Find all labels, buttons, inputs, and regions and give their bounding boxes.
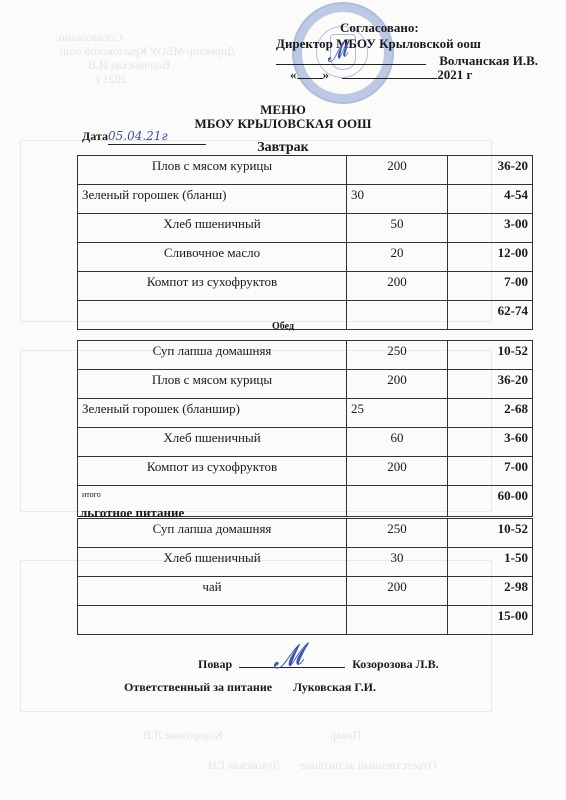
dish-name: Компот из сухофруктов [78, 457, 347, 486]
table-row: Плов с мясом курицы20036-20 [78, 370, 533, 399]
dish-name: Плов с мясом курицы [78, 156, 347, 185]
dish-name: Зеленый горошек (бланшир) [78, 399, 347, 428]
approval-date-line: «» 2021 г [290, 66, 472, 83]
table-row: чай2002-98 [78, 577, 533, 606]
table-row: Хлеб пшеничный301-50 [78, 548, 533, 577]
dish-weight: 200 [347, 370, 448, 399]
table-row: Суп лапша домашняя25010-52 [78, 341, 533, 370]
dish-weight: 50 [347, 214, 448, 243]
dish-weight: 200 [347, 156, 448, 185]
breakfast-title: Завтрак [0, 140, 566, 156]
dish-price: 36-20 [448, 370, 533, 399]
table-row: Компот из сухофруктов2007-00 [78, 457, 533, 486]
table-row: 15-00 [78, 606, 533, 635]
dish-weight: 200 [347, 272, 448, 301]
dish-name [78, 606, 347, 635]
table-row: Суп лапша домашняя25010-52 [78, 519, 533, 548]
dish-name: Хлеб пшеничный [78, 548, 347, 577]
dish-price: 7-00 [448, 457, 533, 486]
month-blank [342, 66, 437, 79]
dish-price: 10-52 [448, 341, 533, 370]
dish-price: 2-68 [448, 399, 533, 428]
dish-weight: 250 [347, 341, 448, 370]
quote-close: » [323, 67, 330, 82]
dish-weight: 200 [347, 577, 448, 606]
dish-price: 3-00 [448, 214, 533, 243]
table-row: Хлеб пшеничный503-00 [78, 214, 533, 243]
approval-heading: Согласовано: [340, 20, 419, 36]
lunch-title: Обед [0, 321, 566, 332]
dish-weight: 20 [347, 243, 448, 272]
approval-position: Директор МБОУ Крыловской оош [276, 36, 481, 52]
benefit-table: Суп лапша домашняя25010-52Хлеб пшеничный… [77, 518, 533, 635]
dish-price: 2-98 [448, 577, 533, 606]
dish-weight [347, 606, 448, 635]
ghost-text: Повар [330, 728, 362, 743]
dish-name: Суп лапша домашняя [78, 519, 347, 548]
ghost-text: Луковская Г.И. [205, 758, 281, 773]
ghost-text: 2021 г [95, 72, 127, 87]
dish-weight: 200 [347, 457, 448, 486]
dish-price: 3-60 [448, 428, 533, 457]
table-row: Зеленый горошек (бланш)304-54 [78, 185, 533, 214]
dish-weight: 250 [347, 519, 448, 548]
dish-price: 60-00 [448, 486, 533, 517]
breakfast-table: Плов с мясом курицы20036-20Зеленый горош… [77, 155, 533, 330]
dish-price: 12-00 [448, 243, 533, 272]
table-row: Хлеб пшеничный603-60 [78, 428, 533, 457]
cook-signature-icon: 𝓜 [269, 638, 306, 677]
ghost-text: Согласовано: [55, 30, 123, 45]
day-blank [297, 66, 323, 79]
responsible-row: Ответственный за питание Луковская Г.И. [124, 680, 376, 695]
dish-name: Сливочное масло [78, 243, 347, 272]
dish-name: Суп лапша домашняя [78, 341, 347, 370]
dish-weight [347, 486, 448, 517]
cook-name: Козорозова Л.В. [352, 657, 438, 671]
lunch-table: Суп лапша домашняя25010-52Плов с мясом к… [77, 340, 533, 517]
approval-year: 2021 г [437, 67, 472, 82]
dish-weight: 60 [347, 428, 448, 457]
dish-name: Компот из сухофруктов [78, 272, 347, 301]
ghost-text: Козорозова Л.В. [140, 728, 223, 743]
dish-name: чай [78, 577, 347, 606]
table-row: Зеленый горошек (бланшир)252-68 [78, 399, 533, 428]
dish-name: Зеленый горошек (бланш) [78, 185, 347, 214]
dish-name: Плов с мясом курицы [78, 370, 347, 399]
signature-line [276, 52, 426, 65]
cook-label: Повар [198, 657, 232, 671]
responsible-label: Ответственный за питание [124, 680, 272, 694]
ghost-text: Ответственный за питание [300, 758, 437, 773]
cook-signature-row: Повар Козорозова Л.В. [198, 655, 439, 672]
dish-price: 36-20 [448, 156, 533, 185]
dish-weight: 30 [347, 548, 448, 577]
dish-weight: 30 [347, 185, 448, 214]
responsible-name: Луковская Г.И. [293, 680, 376, 694]
dish-price: 10-52 [448, 519, 533, 548]
dish-name: Хлеб пшеничный [78, 428, 347, 457]
dish-price: 1-50 [448, 548, 533, 577]
dish-price: 15-00 [448, 606, 533, 635]
dish-price: 7-00 [448, 272, 533, 301]
ghost-text: Волчанская И.В. [85, 58, 170, 73]
dish-name: Хлеб пшеничный [78, 214, 347, 243]
table-row: Компот из сухофруктов2007-00 [78, 272, 533, 301]
ghost-text: Директор МБОУ Крыловской оош [60, 44, 236, 59]
dish-weight: 25 [347, 399, 448, 428]
table-row: Плов с мясом курицы20036-20 [78, 156, 533, 185]
dish-price: 4-54 [448, 185, 533, 214]
table-row: Сливочное масло2012-00 [78, 243, 533, 272]
